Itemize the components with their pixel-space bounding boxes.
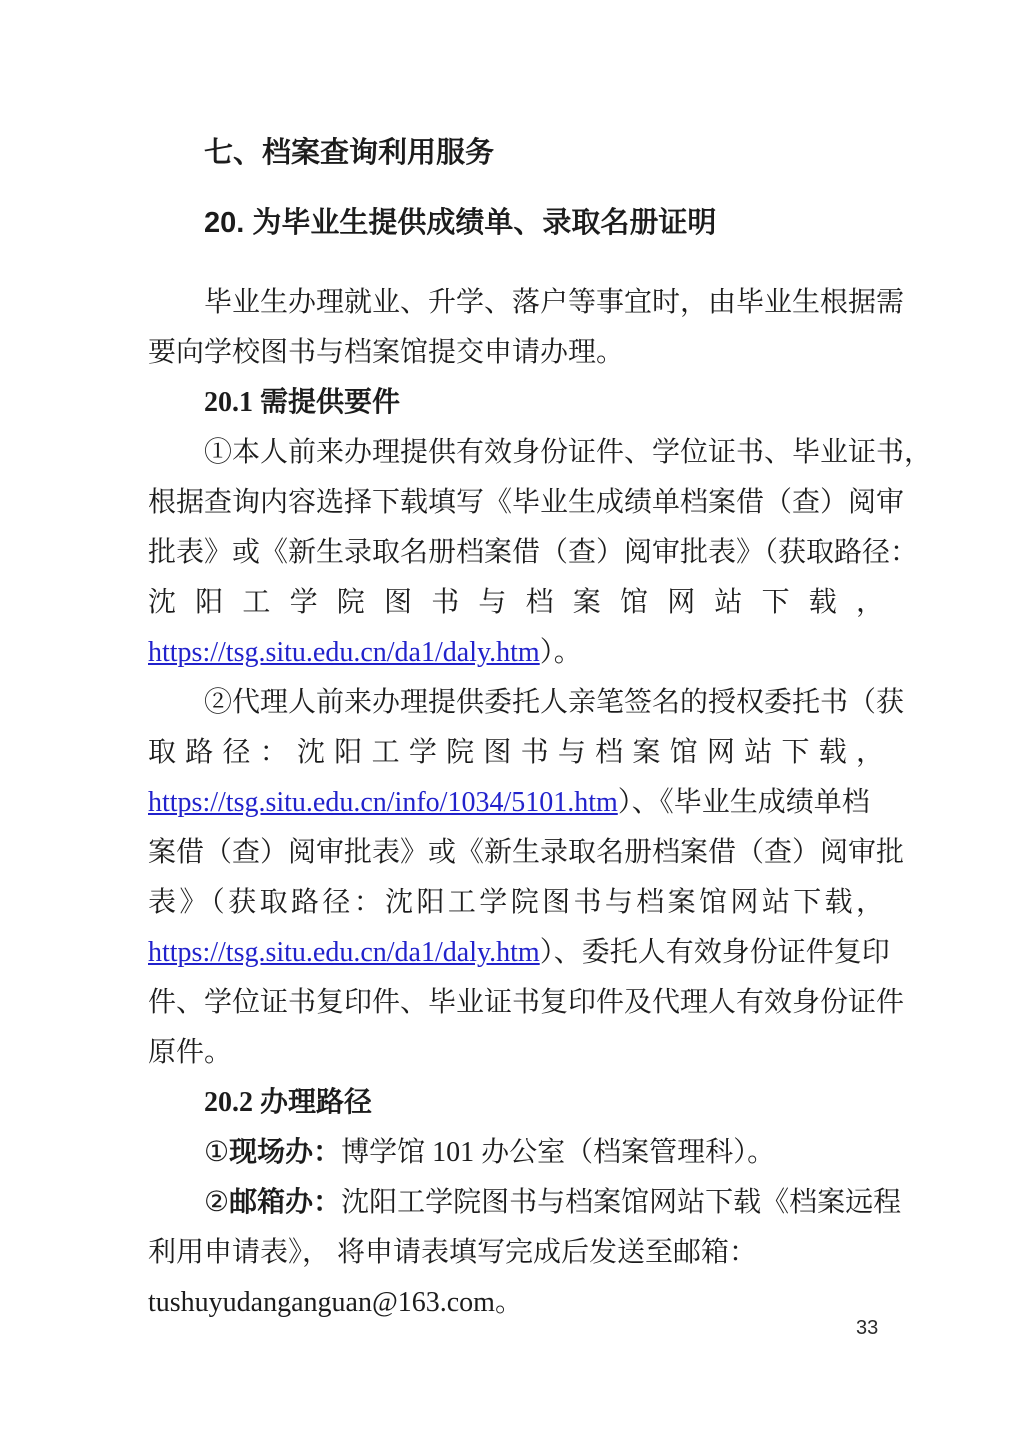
path1-number: ① bbox=[204, 1137, 229, 1168]
item1-line-1: ①本人前来办理提供有效身份证件、学位证书、毕业证书， bbox=[148, 428, 884, 478]
item1-line-2: 根据查询内容选择下载填写《毕业生成绩单档案借（查）阅审 bbox=[148, 478, 884, 528]
path2-number: ② bbox=[204, 1187, 229, 1218]
item1-line-5-after: ）。 bbox=[540, 637, 582, 668]
item2-line-1: ②代理人前来办理提供委托人亲笔签名的授权委托书（获 bbox=[148, 678, 884, 728]
path1-text: 博学馆 101 办公室（档案管理科）。 bbox=[341, 1137, 775, 1168]
subheading-20-2: 20.2 办理路径 bbox=[148, 1078, 884, 1128]
item2-line-5: 表》（获取路径：沈阳工学院图书与档案馆网站下载， bbox=[148, 878, 884, 928]
path2-line-3-after: 。 bbox=[495, 1287, 523, 1318]
item2-line-3: https://tsg.situ.edu.cn/info/1034/5101.h… bbox=[148, 778, 884, 828]
intro-line-2: 要向学校图书与档案馆提交申请办理。 bbox=[148, 328, 884, 378]
path2-line-3: tushuyudanganguan@163.com。 bbox=[148, 1278, 884, 1328]
daly-htm-link[interactable]: https://tsg.situ.edu.cn/da1/daly.htm bbox=[148, 637, 540, 668]
path1-line: ①现场办：博学馆 101 办公室（档案管理科）。 bbox=[148, 1128, 884, 1178]
item1-line-4: 沈阳工学院图书与档案馆网站下载， bbox=[148, 578, 884, 628]
item2-line-7: 件、学位证书复印件、毕业证书复印件及代理人有效身份证件 bbox=[148, 978, 884, 1028]
item2-line-3-after: ）、《毕业生成绩单档 bbox=[618, 787, 870, 818]
item2-line-2: 取路径：沈阳工学院图书与档案馆网站下载， bbox=[148, 728, 884, 778]
section-heading: 七、档案查询利用服务 bbox=[148, 128, 884, 178]
item2-line-6-after: ）、委托人有效身份证件复印 bbox=[540, 937, 890, 968]
path2-line-2: 利用申请表》， 将申请表填写完成后发送至邮箱： bbox=[148, 1228, 884, 1278]
path1-label: 现场办： bbox=[229, 1137, 341, 1168]
item1-line-3: 批表》或《新生录取名册档案借（查）阅审批表》（获取路径： bbox=[148, 528, 884, 578]
item-heading: 20. 为毕业生提供成绩单、录取名册证明 bbox=[148, 198, 884, 248]
item2-line-6: https://tsg.situ.edu.cn/da1/daly.htm）、委托… bbox=[148, 928, 884, 978]
path2-line-1-rest: 沈阳工学院图书与档案馆网站下载《档案远程 bbox=[341, 1187, 901, 1218]
subheading-20-1: 20.1 需提供要件 bbox=[148, 378, 884, 428]
item2-line-8: 原件。 bbox=[148, 1028, 884, 1078]
info-1034-5101-link[interactable]: https://tsg.situ.edu.cn/info/1034/5101.h… bbox=[148, 787, 618, 818]
page-number: 33 bbox=[856, 1314, 878, 1342]
item2-line-4: 案借（查）阅审批表》或《新生录取名册档案借（查）阅审批 bbox=[148, 828, 884, 878]
document-content: 七、档案查询利用服务 20. 为毕业生提供成绩单、录取名册证明 毕业生办理就业、… bbox=[148, 128, 884, 1328]
path2-label: 邮箱办： bbox=[229, 1187, 341, 1218]
daly-htm-link-2[interactable]: https://tsg.situ.edu.cn/da1/daly.htm bbox=[148, 937, 540, 968]
path2-line-1: ②邮箱办：沈阳工学院图书与档案馆网站下载《档案远程 bbox=[148, 1178, 884, 1228]
contact-email: tushuyudanganguan@163.com bbox=[148, 1287, 495, 1318]
document-page: 七、档案查询利用服务 20. 为毕业生提供成绩单、录取名册证明 毕业生办理就业、… bbox=[0, 0, 1024, 1448]
item1-line-5: https://tsg.situ.edu.cn/da1/daly.htm）。 bbox=[148, 628, 884, 678]
intro-line-1: 毕业生办理就业、升学、落户等事宜时，由毕业生根据需 bbox=[148, 278, 884, 328]
